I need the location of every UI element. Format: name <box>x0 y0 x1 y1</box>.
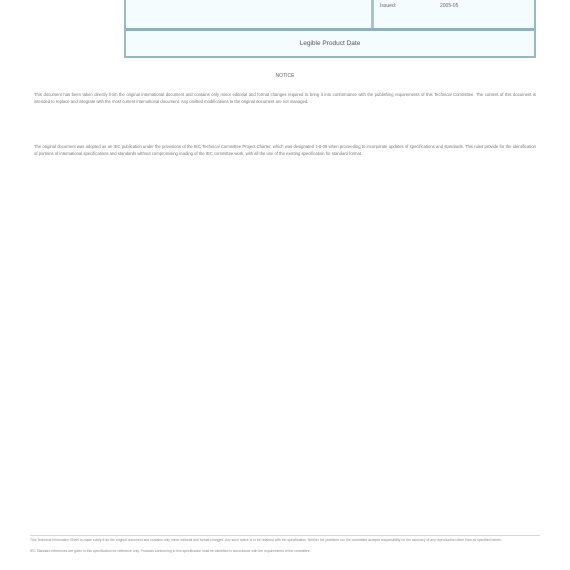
notice-title: NOTICE <box>0 73 570 79</box>
corner-mark: · · · · · · <box>38 2 52 7</box>
header-top-row: Issued: 2005-05 <box>126 0 534 31</box>
footer-divider <box>30 535 540 536</box>
header-box: Issued: 2005-05 Legible Product Date <box>124 0 536 58</box>
notice-paragraph: The original document was adopted as an … <box>34 144 536 158</box>
issued-label: Issued: <box>380 3 396 9</box>
issued-value: 2005-05 <box>440 3 458 9</box>
header-right-cell: Issued: 2005-05 <box>374 0 534 28</box>
footer-text: This Technical Information Sheet is made… <box>30 538 540 543</box>
header-left-cell <box>126 0 374 28</box>
footer-text: IEC Standard references are given in thi… <box>30 549 540 554</box>
product-label: Legible Product Date <box>300 40 361 47</box>
notice-paragraph: This document has been taken directly fr… <box>34 92 536 106</box>
header-bottom-row: Legible Product Date <box>126 31 534 56</box>
